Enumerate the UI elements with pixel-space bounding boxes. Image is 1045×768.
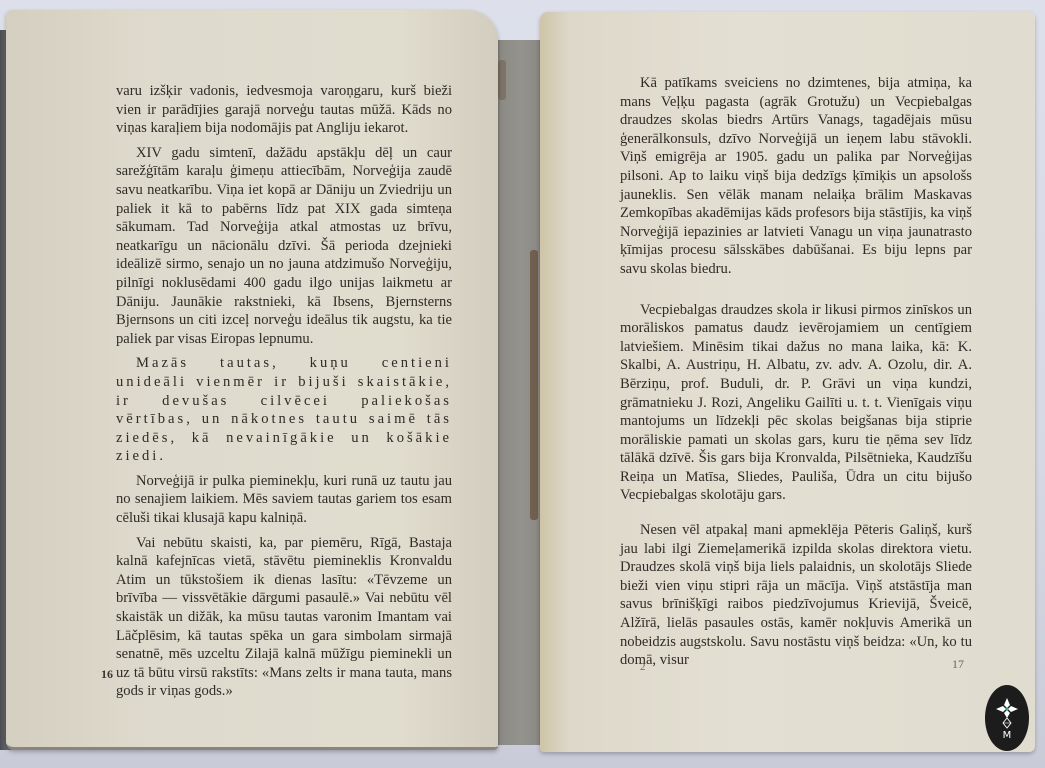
paragraph: Nesen vēl atpakaļ mani apmeklēja Pēteris… [620,521,972,670]
right-page: Kā patīkams sveiciens no dzimtenes, bija… [540,12,1035,752]
watermark-badge: M [985,685,1029,751]
page-number: 17 [952,657,964,672]
page-number: 16 [101,667,113,682]
signature-mark: 2 [640,661,646,673]
spine-stain [530,250,538,520]
paragraph: Kā patīkams sveiciens no dzimtenes, bija… [620,74,972,279]
paragraph: Norveģijā ir pulka pieminekļu, kuri runā… [116,472,452,528]
paragraph: varu izšķir vadonis, iedvesmoja varoņgar… [116,82,452,138]
paragraph: Vecpiebalgas draudzes skola ir likusi pi… [620,301,972,506]
spine-stain [498,60,506,100]
paragraph: Mazās tautas, kuņu centieni unideāli vie… [116,354,452,466]
svg-text:M: M [1003,730,1012,740]
paragraph: XIV gadu simtenī, dažādu apstākļu dēļ un… [116,144,452,349]
folk-ornament-logo-icon: M [992,696,1022,740]
left-page-text: varu izšķir vadonis, iedvesmoja varoņgar… [116,82,452,707]
left-page: varu izšķir vadonis, iedvesmoja varoņgar… [6,10,498,750]
right-page-text: Kā patīkams sveiciens no dzimtenes, bija… [620,74,972,676]
paragraph: Vai nebūtu skaisti, ka, par piemēru, Rīg… [116,534,452,701]
